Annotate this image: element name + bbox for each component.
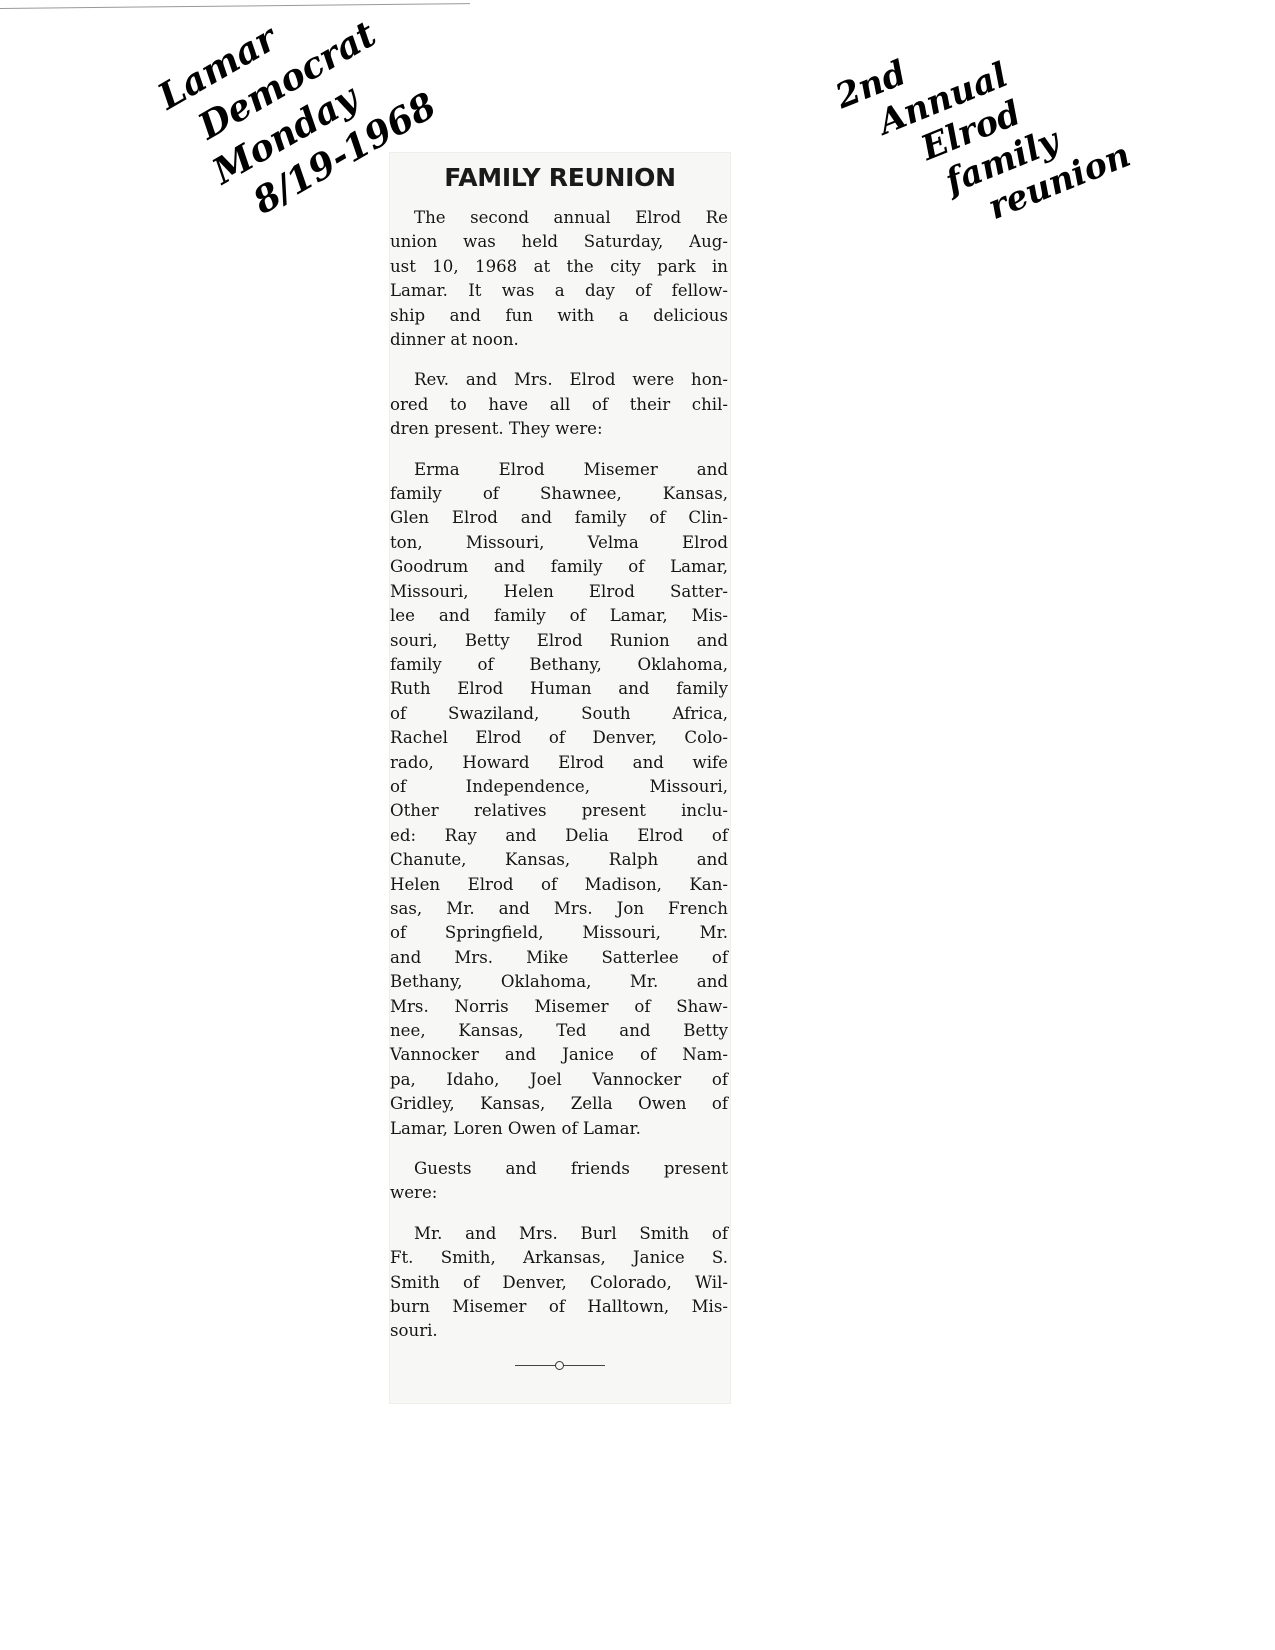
article-line: Rev. and Mrs. Elrod were hon- xyxy=(390,368,728,392)
article-line: Erma Elrod Misemer and xyxy=(390,458,728,482)
article-line: souri. xyxy=(390,1319,728,1343)
article-line: ed: Ray and Delia Elrod of xyxy=(390,824,728,848)
newspaper-clipping: FAMILY REUNION The second annual Elrod R… xyxy=(390,153,730,1403)
article-line: Ruth Elrod Human and family xyxy=(390,677,728,701)
article-line: Gridley, Kansas, Zella Owen of xyxy=(390,1092,728,1116)
article-line: ored to have all of their chil- xyxy=(390,393,728,417)
article-paragraph: The second annual Elrod Reunion was held… xyxy=(390,206,730,352)
scan-edge-line xyxy=(0,3,470,9)
article-line: burn Misemer of Halltown, Mis- xyxy=(390,1295,728,1319)
article-line: and Mrs. Mike Satterlee of xyxy=(390,946,728,970)
article-line: lee and family of Lamar, Mis- xyxy=(390,604,728,628)
handwritten-note-title: 2nd Annual Elrod family reunion xyxy=(830,0,1136,265)
article-headline: FAMILY REUNION xyxy=(390,163,730,192)
article-line: Smith of Denver, Colorado, Wil- xyxy=(390,1271,728,1295)
article-line: pa, Idaho, Joel Vannocker of xyxy=(390,1068,728,1092)
article-line: rado, Howard Elrod and wife xyxy=(390,751,728,775)
article-line: family of Shawnee, Kansas, xyxy=(390,482,728,506)
article-line: ust 10, 1968 at the city park in xyxy=(390,255,728,279)
article-line: ton, Missouri, Velma Elrod xyxy=(390,531,728,555)
end-circle-icon xyxy=(555,1361,564,1370)
article-line: Rachel Elrod of Denver, Colo- xyxy=(390,726,728,750)
article-line: Mrs. Norris Misemer of Shaw- xyxy=(390,995,728,1019)
article-line: Chanute, Kansas, Ralph and xyxy=(390,848,728,872)
article-line: dinner at noon. xyxy=(390,328,728,352)
article-line: sas, Mr. and Mrs. Jon French xyxy=(390,897,728,921)
article-line: Bethany, Oklahoma, Mr. and xyxy=(390,970,728,994)
article-paragraph: Erma Elrod Misemer andfamily of Shawnee,… xyxy=(390,458,730,1141)
article-line: Missouri, Helen Elrod Satter- xyxy=(390,580,728,604)
article-line: nee, Kansas, Ted and Betty xyxy=(390,1019,728,1043)
article-line: ship and fun with a delicious xyxy=(390,304,728,328)
article-line: Glen Elrod and family of Clin- xyxy=(390,506,728,530)
article-line: Guests and friends present xyxy=(390,1157,728,1181)
article-line: of Springfield, Missouri, Mr. xyxy=(390,921,728,945)
article-line: of Swaziland, South Africa, xyxy=(390,702,728,726)
article-line: The second annual Elrod Re xyxy=(390,206,728,230)
article-line: dren present. They were: xyxy=(390,417,728,441)
article-body: The second annual Elrod Reunion was held… xyxy=(390,206,730,1344)
article-line: Lamar. It was a day of fellow- xyxy=(390,279,728,303)
article-line: Goodrum and family of Lamar, xyxy=(390,555,728,579)
article-paragraph: Rev. and Mrs. Elrod were hon-ored to hav… xyxy=(390,368,730,441)
article-line: souri, Betty Elrod Runion and xyxy=(390,629,728,653)
article-line: Mr. and Mrs. Burl Smith of xyxy=(390,1222,728,1246)
article-line: Ft. Smith, Arkansas, Janice S. xyxy=(390,1246,728,1270)
end-of-article-mark xyxy=(515,1360,605,1370)
article-line: were: xyxy=(390,1181,728,1205)
article-line: Vannocker and Janice of Nam- xyxy=(390,1043,728,1067)
article-paragraph: Guests and friends presentwere: xyxy=(390,1157,730,1206)
article-line: Lamar, Loren Owen of Lamar. xyxy=(390,1117,728,1141)
article-line: union was held Saturday, Aug- xyxy=(390,230,728,254)
article-line: of Independence, Missouri, xyxy=(390,775,728,799)
article-paragraph: Mr. and Mrs. Burl Smith ofFt. Smith, Ark… xyxy=(390,1222,730,1344)
article-line: family of Bethany, Oklahoma, xyxy=(390,653,728,677)
article-line: Other relatives present inclu- xyxy=(390,799,728,823)
article-line: Helen Elrod of Madison, Kan- xyxy=(390,873,728,897)
